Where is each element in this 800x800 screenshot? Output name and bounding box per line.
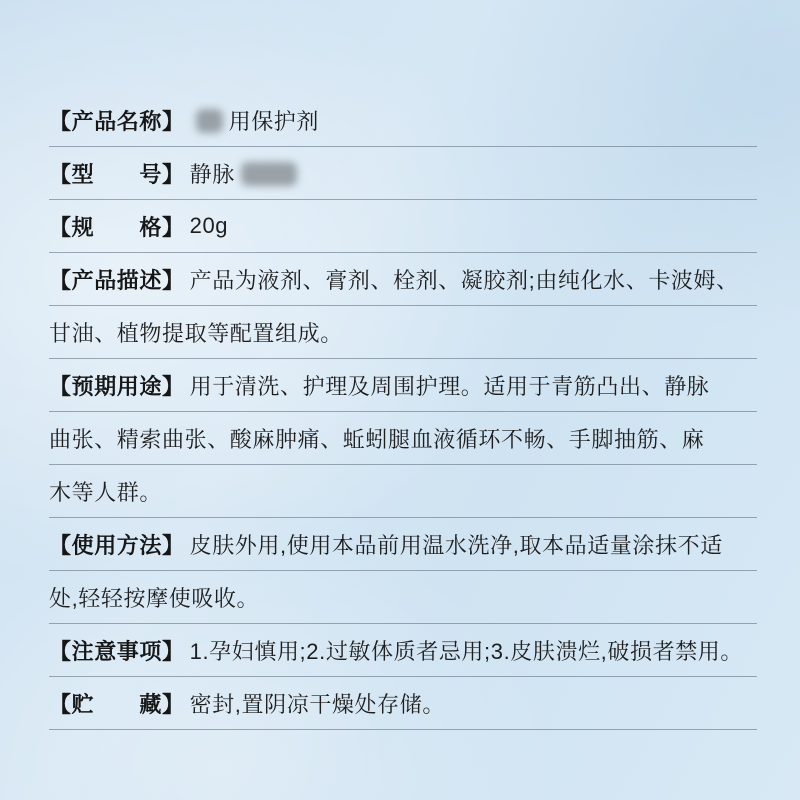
- spec-value: 密封,置阴凉干燥处存储。: [190, 688, 445, 719]
- censored-text-patch: [241, 162, 297, 186]
- spec-label: 【使用方法】: [49, 529, 185, 560]
- spec-row-intended-use-line3: 木等人群。: [49, 465, 757, 518]
- spec-label: 【产品名称】: [49, 105, 185, 136]
- spec-row-model: 【型 号】 静脉: [49, 147, 757, 200]
- spec-value: 用于清洗、护理及周围护理。适用于青筋凸出、静脉: [190, 370, 710, 401]
- spec-label: 【产品描述】: [49, 264, 185, 295]
- spec-value: 曲张、精索曲张、酸麻肿痛、蚯蚓腿血液循环不畅、手脚抽筋、麻: [49, 423, 704, 454]
- censored-text-patch: [196, 109, 223, 133]
- spec-label: 【型 号】: [49, 158, 185, 189]
- spec-value: 产品为液剂、膏剂、栓剂、凝胶剂;由纯化水、卡波姆、: [190, 264, 739, 295]
- spec-value: 20g: [190, 213, 229, 239]
- spec-row-intended-use-line2: 曲张、精索曲张、酸麻肿痛、蚯蚓腿血液循环不畅、手脚抽筋、麻: [49, 412, 757, 465]
- spec-row-usage-line2: 处,轻轻按摩使吸收。: [49, 571, 757, 624]
- spec-value: 甘油、植物提取等配置组成。: [49, 317, 343, 348]
- spec-value: 木等人群。: [49, 476, 162, 507]
- spec-row-size: 【规 格】 20g: [49, 200, 757, 253]
- spec-value: 处,轻轻按摩使吸收。: [49, 582, 259, 613]
- spec-row-storage: 【贮 藏】 密封,置阴凉干燥处存储。: [49, 677, 757, 730]
- spec-value: 皮肤外用,使用本品前用温水洗净,取本品适量涂抹不适: [190, 529, 723, 560]
- product-info-sheet: 【产品名称】 用保护剂 【型 号】 静脉 【规 格】 20g 【产品描述】 产品…: [49, 94, 757, 730]
- spec-row-product-name: 【产品名称】 用保护剂: [49, 94, 757, 147]
- spec-value: 静脉: [190, 158, 235, 189]
- spec-value: 用保护剂: [229, 105, 319, 136]
- spec-label: 【规 格】: [49, 211, 185, 242]
- spec-row-usage-line1: 【使用方法】 皮肤外用,使用本品前用温水洗净,取本品适量涂抹不适: [49, 518, 757, 571]
- spec-row-precautions: 【注意事项】 1.孕妇慎用;2.过敏体质者忌用;3.皮肤溃烂,破损者禁用。: [49, 624, 757, 677]
- spec-row-description-line2: 甘油、植物提取等配置组成。: [49, 306, 757, 359]
- spec-row-intended-use-line1: 【预期用途】 用于清洗、护理及周围护理。适用于青筋凸出、静脉: [49, 359, 757, 412]
- spec-value: 1.孕妇慎用;2.过敏体质者忌用;3.皮肤溃烂,破损者禁用。: [190, 635, 743, 666]
- spec-label: 【注意事项】: [49, 635, 185, 666]
- spec-label: 【贮 藏】: [49, 688, 185, 719]
- spec-label: 【预期用途】: [49, 370, 185, 401]
- spec-row-description-line1: 【产品描述】 产品为液剂、膏剂、栓剂、凝胶剂;由纯化水、卡波姆、: [49, 253, 757, 306]
- product-detail-page: { "page": { "type": "product-specificati…: [0, 0, 800, 800]
